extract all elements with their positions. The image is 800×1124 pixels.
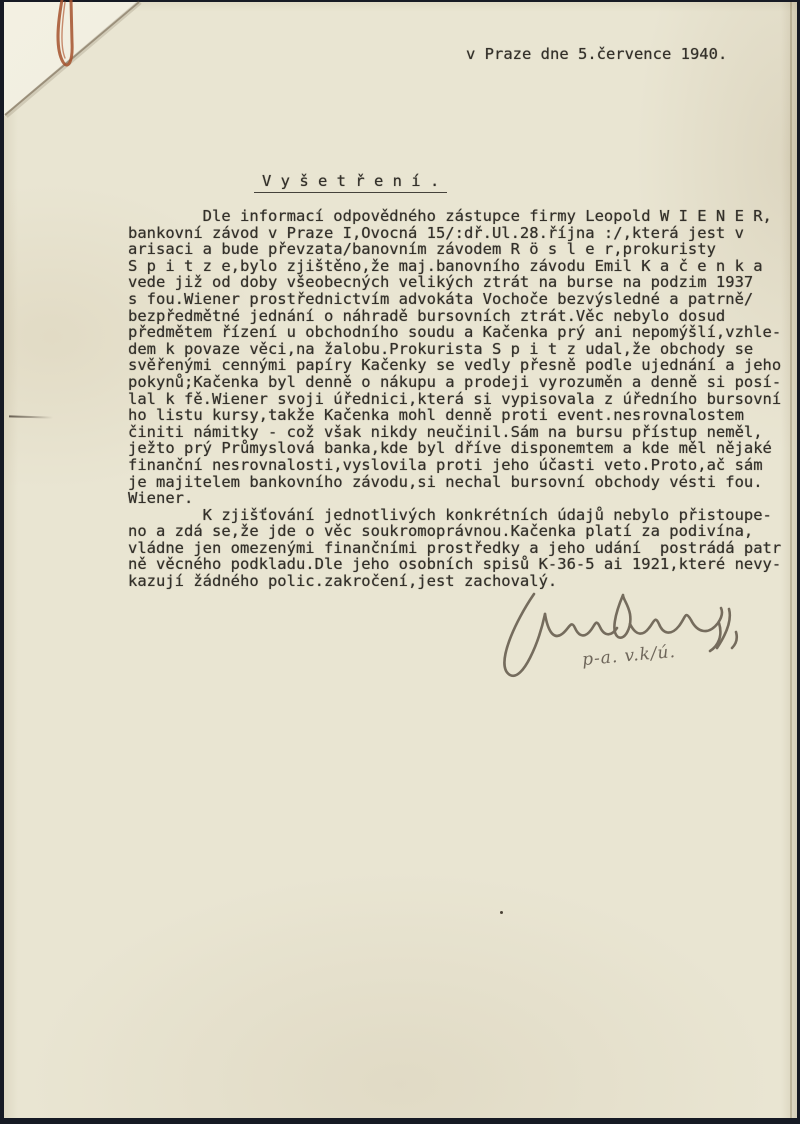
red-pen-mark-icon — [42, 0, 112, 85]
dateline: v Praze dne 5.července 1940. — [466, 45, 727, 63]
paper-speck — [500, 911, 503, 914]
signature-block: p-a. v.k/ú. — [470, 584, 770, 699]
scanned-document-page: { "page": { "kind": "typewritten-report-… — [0, 0, 800, 1124]
document-title: V y š e t ř e n í . — [254, 172, 447, 193]
signature-handwriting — [470, 584, 770, 699]
left-edge-tear — [9, 415, 53, 418]
document-body: Dle informací odpovědného zástupce firmy… — [128, 208, 796, 590]
